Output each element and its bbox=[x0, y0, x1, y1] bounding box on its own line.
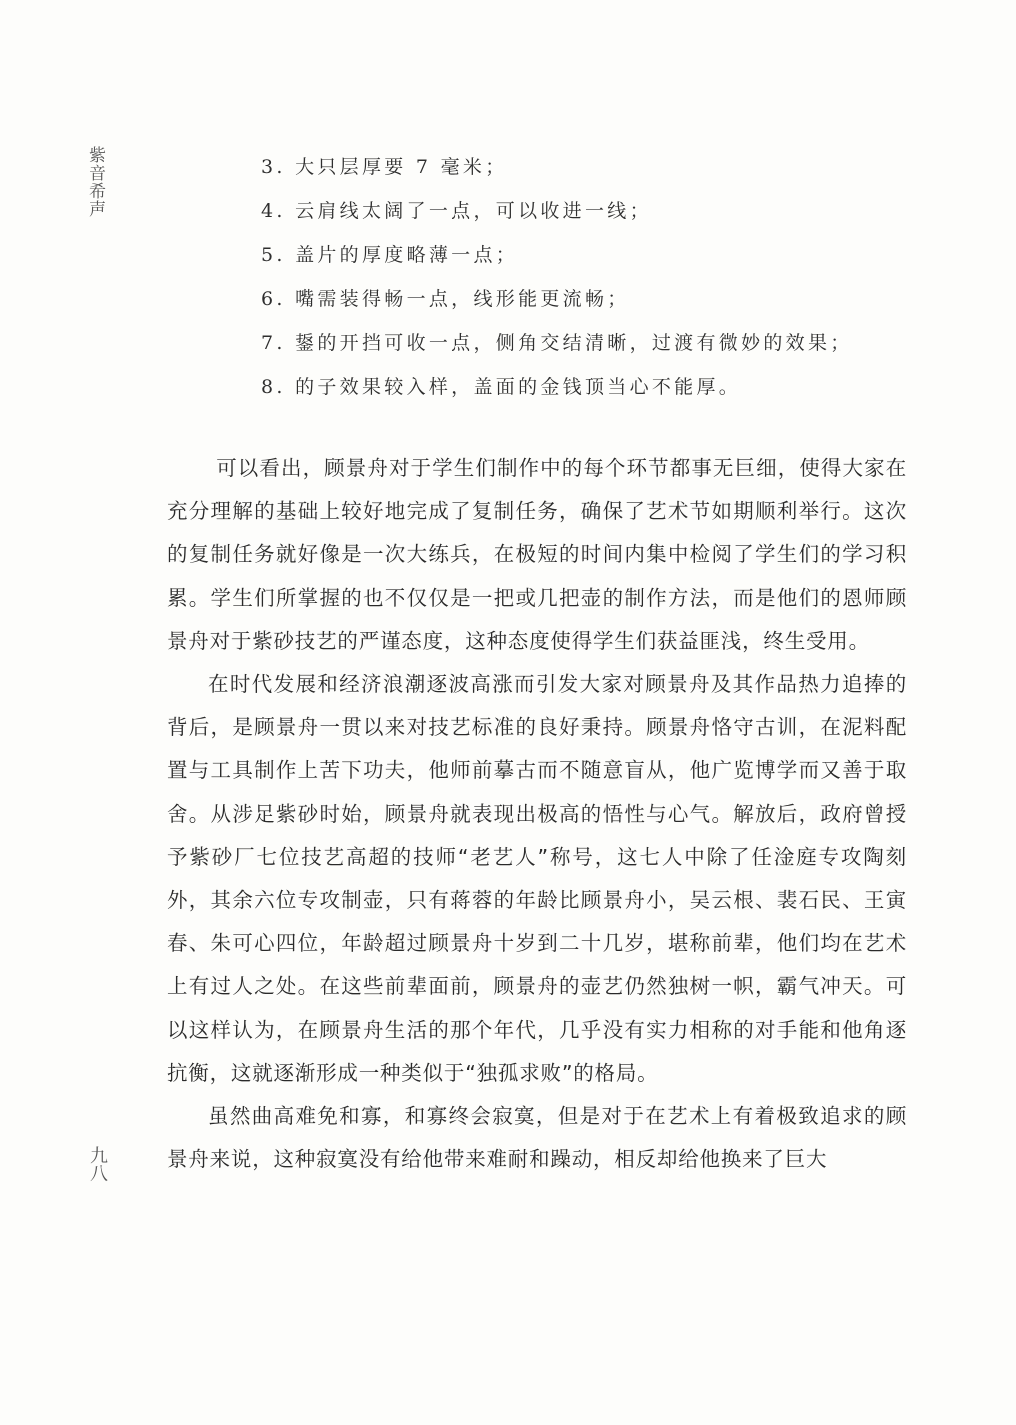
page-number: 九八 bbox=[86, 1146, 108, 1182]
paragraph: 在时代发展和经济浪潮逐波高涨而引发大家对顾景舟及其作品热力追捧的背后，是顾景舟一… bbox=[167, 663, 907, 1095]
paragraph: 可以看出，顾景舟对于学生们制作中的每个环节都事无巨细，使得大家在充分理解的基础上… bbox=[167, 447, 907, 663]
list-item: 5. 盖片的厚度略薄一点； bbox=[261, 233, 853, 277]
list-item: 7. 鋬的开挡可收一点，侧角交结清晰，过渡有微妙的效果； bbox=[261, 321, 853, 365]
revision-list: 3. 大只层厚要 7 毫米； 4. 云肩线太阔了一点，可以收进一线； 5. 盖片… bbox=[261, 145, 853, 409]
paragraph: 虽然曲高难免和寡，和寡终会寂寞，但是对于在艺术上有着极致追求的顾景舟来说，这种寂… bbox=[167, 1095, 907, 1181]
running-head: 紫音希声 bbox=[86, 146, 106, 218]
list-item: 4. 云肩线太阔了一点，可以收进一线； bbox=[261, 189, 853, 233]
list-item: 6. 嘴需装得畅一点，线形能更流畅； bbox=[261, 277, 853, 321]
body-text: 可以看出，顾景舟对于学生们制作中的每个环节都事无巨细，使得大家在充分理解的基础上… bbox=[167, 447, 907, 1181]
list-item: 8. 的子效果较入样，盖面的金钱顶当心不能厚。 bbox=[261, 365, 853, 409]
list-item: 3. 大只层厚要 7 毫米； bbox=[261, 145, 853, 189]
